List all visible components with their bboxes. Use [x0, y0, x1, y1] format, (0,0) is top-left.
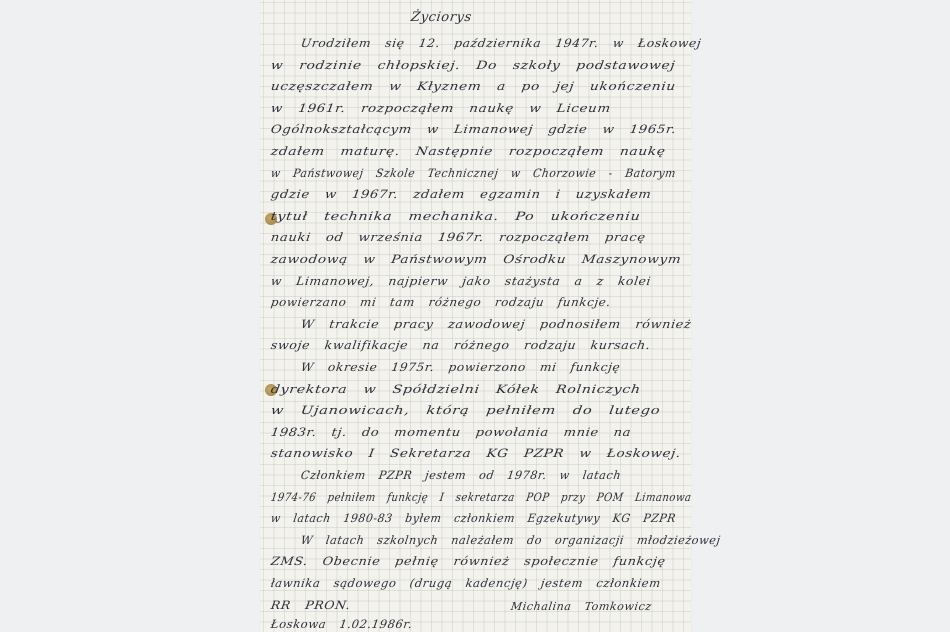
handwritten-line: W latach szkolnych należałem do organiza… — [300, 533, 722, 547]
handwritten-line: zdałem maturę. Następnie rozpocząłem nau… — [270, 144, 667, 158]
handwritten-line: w 1961r. rozpocząłem naukę w Liceum — [270, 101, 612, 115]
handwritten-line: dyrektora w Spółdzielni Kółek Rolniczych — [270, 382, 642, 396]
handwritten-line: Urodziłem się 12. października 1947r. w … — [300, 36, 702, 50]
handwritten-line: uczęszczałem w Kłyznem a po jej ukończen… — [270, 79, 677, 93]
handwritten-line: nauki od września 1967r. rozpocząłem pra… — [270, 230, 647, 244]
handwritten-line: ZMS. Obecnie pełnię również społecznie f… — [270, 554, 667, 568]
handwritten-line: W okresie 1975r. powierzono mi funkcję — [300, 360, 621, 374]
handwritten-line: w Ujanowicach, którą pełniłem do lutego — [270, 403, 661, 417]
handwritten-line: tytuł technika mechanika. Po ukończeniu — [270, 209, 642, 223]
handwritten-line: ławnika sądowego (drugą kadencję) jestem… — [270, 576, 662, 590]
place-date: Łoskowa 1.02.1986r. — [270, 617, 414, 631]
handwritten-line: W trakcie pracy zawodowej podnosiłem rów… — [300, 317, 692, 331]
handwritten-line: w Limanowej, najpierw jako stażysta a z … — [270, 274, 652, 288]
handwritten-line: w Państwowej Szkole Technicznej w Chorzo… — [270, 166, 677, 180]
handwritten-line: swoje kwalifikacje na różnego rodzaju ku… — [270, 338, 652, 352]
handwritten-line: w rodzinie chłopskiej. Do szkoły podstaw… — [270, 58, 676, 72]
signature: Michalina Tomkowicz — [510, 600, 653, 613]
handwritten-line: RR PRON. — [270, 598, 352, 612]
document-title: Życiorys — [410, 10, 473, 25]
handwritten-line: gdzie w 1967r. zdałem egzamin i uzyskałe… — [270, 187, 653, 201]
handwritten-line: w latach 1980-83 byłem członkiem Egzekut… — [270, 511, 677, 525]
handwritten-line: stanowisko I Sekretarza KG PZPR w Łoskow… — [270, 446, 682, 460]
handwritten-line: Członkiem PZPR jestem od 1978r. w latach — [300, 468, 622, 482]
handwritten-cv-page: Życiorys Urodziłem się 12. października … — [260, 0, 691, 632]
handwritten-line: 1974-76 pełniłem funkcję I sekretarza PO… — [270, 490, 693, 504]
handwritten-line: Ogólnokształcącym w Limanowej gdzie w 19… — [270, 122, 677, 136]
handwritten-line: powierzano mi tam różnego rodzaju funkcj… — [270, 295, 612, 309]
handwritten-line: zawodową w Państwowym Ośrodku Maszynowym — [270, 252, 682, 266]
handwritten-line: 1983r. tj. do momentu powołania mnie na — [270, 425, 632, 439]
